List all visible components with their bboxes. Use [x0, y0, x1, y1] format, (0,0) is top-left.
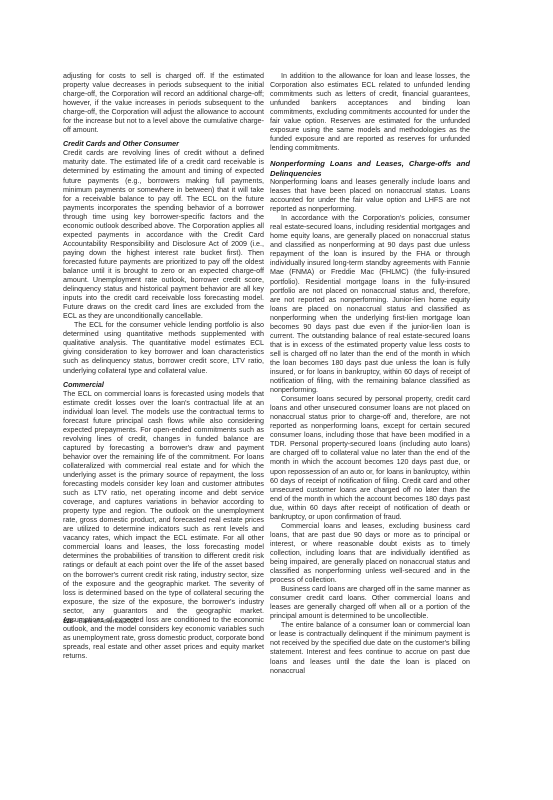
paragraph-allowance-continuation: adjusting for costs to sell is charged o… — [63, 72, 264, 135]
page-footer: 128 Bank of America 2020 — [63, 619, 137, 625]
paragraph-consumer-personal-property: Consumer loans secured by personal prope… — [270, 395, 470, 522]
publication-title: Bank of America 2020 — [79, 619, 138, 625]
paragraph-real-estate-secured: In accordance with the Corporation's pol… — [270, 214, 470, 395]
paragraph-delinquency: The entire balance of a consumer loan or… — [270, 621, 470, 675]
paragraph-consumer-vehicle: The ECL for the consumer vehicle lending… — [63, 321, 264, 375]
paragraph-nonperforming-definition: Nonperforming loans and leases generally… — [270, 178, 470, 214]
paragraph-business-card: Business card loans are charged off in t… — [270, 585, 470, 621]
document-page: adjusting for costs to sell is charged o… — [0, 0, 553, 800]
paragraph-commercial-past-due: Commercial loans and leases, excluding b… — [270, 522, 470, 585]
right-column: In addition to the allowance for loan an… — [270, 72, 470, 676]
paragraph-credit-cards: Credit cards are revolving lines of cred… — [63, 149, 264, 321]
heading-credit-cards-other-consumer: Credit Cards and Other Consumer — [63, 140, 264, 149]
heading-nonperforming-loans: Nonperforming Loans and Leases, Charge-o… — [270, 159, 470, 178]
paragraph-unfunded-commitments: In addition to the allowance for loan an… — [270, 72, 470, 153]
left-column: adjusting for costs to sell is charged o… — [63, 72, 264, 661]
page-number: 128 — [63, 619, 73, 625]
heading-commercial: Commercial — [63, 381, 264, 390]
